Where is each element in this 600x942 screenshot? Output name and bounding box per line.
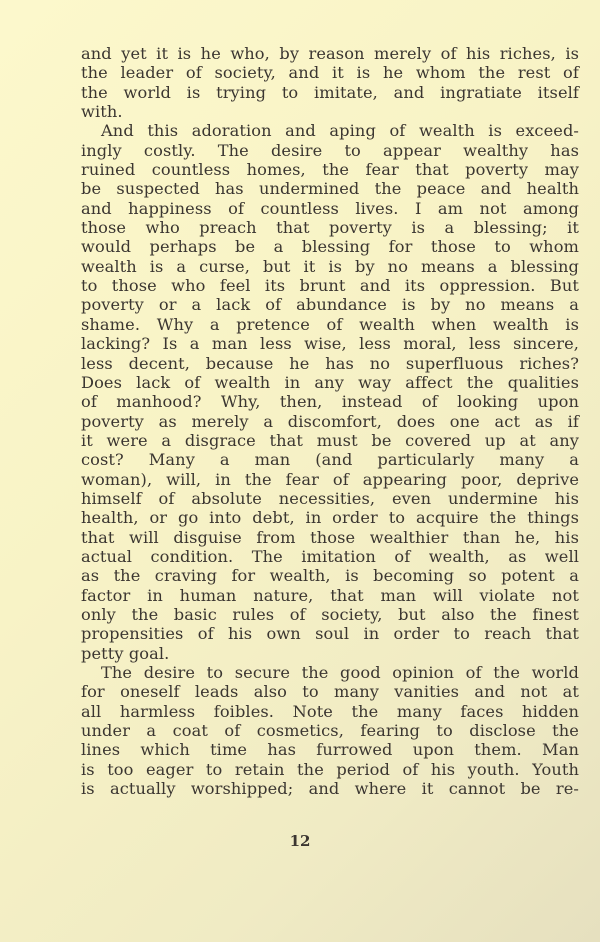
text-line: cost? Many a man (and particularly many …: [81, 450, 579, 469]
text-line: with.: [81, 102, 579, 121]
text-line: of manhood? Why, then, instead of lookin…: [81, 392, 579, 411]
page-body-text: and yet it is he who, by reason merely o…: [81, 44, 579, 798]
text-line: all harmless foibles. Note the many face…: [81, 702, 579, 721]
text-line: is actually worshipped; and where it can…: [81, 779, 579, 798]
text-line: poverty as merely a discomfort, does one…: [81, 412, 579, 431]
text-line: ingly costly. The desire to appear wealt…: [81, 141, 579, 160]
text-line: as the craving for wealth, is becoming s…: [81, 566, 579, 585]
text-line: Does lack of wealth in any way affect th…: [81, 373, 579, 392]
paragraph-1: and yet it is he who, by reason merely o…: [81, 44, 579, 121]
text-line: for oneself leads also to many vanities …: [81, 682, 579, 701]
text-line: petty goal.: [81, 644, 579, 663]
text-line: and happiness of countless lives. I am n…: [81, 199, 579, 218]
text-line: would perhaps be a blessing for those to…: [81, 237, 579, 256]
text-line: himself of absolute necessities, even un…: [81, 489, 579, 508]
text-line: lines which time has furrowed upon them.…: [81, 740, 579, 759]
text-line: The desire to secure the good opinion of…: [81, 663, 579, 682]
text-line: the world is trying to imitate, and ingr…: [81, 83, 579, 102]
text-line: And this adoration and aping of wealth i…: [81, 121, 579, 140]
text-line: ruined countless homes, the fear that po…: [81, 160, 579, 179]
text-line: it were a disgrace that must be covered …: [81, 431, 579, 450]
text-line: actual condition. The imitation of wealt…: [81, 547, 579, 566]
text-line: poverty or a lack of abundance is by no …: [81, 295, 579, 314]
text-line: is too eager to retain the period of his…: [81, 760, 579, 779]
text-line: the leader of society, and it is he whom…: [81, 63, 579, 82]
text-line: be suspected has undermined the peace an…: [81, 179, 579, 198]
text-line: under a coat of cosmetics, fearing to di…: [81, 721, 579, 740]
text-line: lacking? Is a man less wise, less moral,…: [81, 334, 579, 353]
text-line: those who preach that poverty is a bless…: [81, 218, 579, 237]
text-line: wealth is a curse, but it is by no means…: [81, 257, 579, 276]
page-number: 12: [0, 832, 600, 850]
text-line: and yet it is he who, by reason merely o…: [81, 44, 579, 63]
text-line: factor in human nature, that man will vi…: [81, 586, 579, 605]
text-line: shame. Why a pretence of wealth when wea…: [81, 315, 579, 334]
paragraph-3: The desire to secure the good opinion of…: [81, 663, 579, 798]
text-line: only the basic rules of society, but als…: [81, 605, 579, 624]
text-line: woman), will, in the fear of appearing p…: [81, 470, 579, 489]
book-page: and yet it is he who, by reason merely o…: [0, 0, 600, 942]
text-line: less decent, because he has no superfluo…: [81, 354, 579, 373]
text-line: propensities of his own soul in order to…: [81, 624, 579, 643]
paragraph-2: And this adoration and aping of wealth i…: [81, 121, 579, 663]
text-line: that will disguise from those wealthier …: [81, 528, 579, 547]
text-line: to those who feel its brunt and its oppr…: [81, 276, 579, 295]
text-line: health, or go into debt, in order to acq…: [81, 508, 579, 527]
